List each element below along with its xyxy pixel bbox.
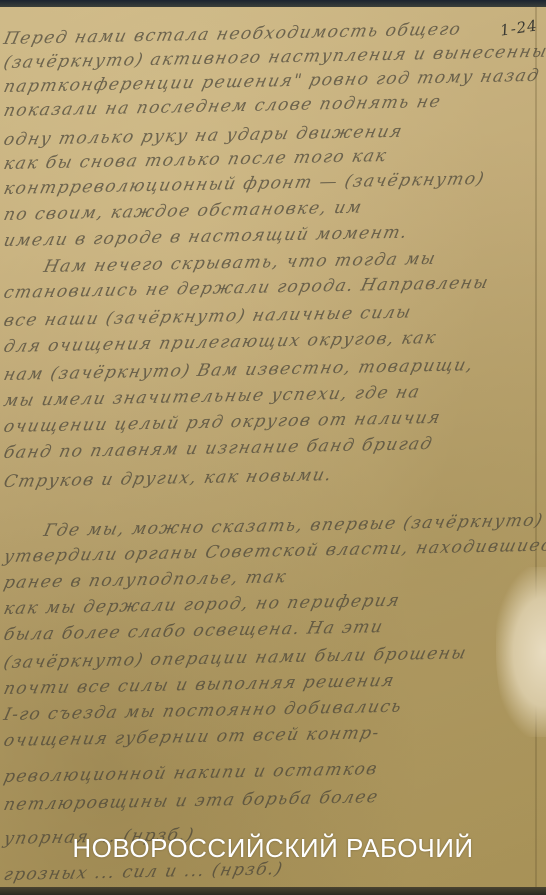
handwritten-line: мы имели значительные успехи, где на — [2, 382, 423, 411]
torn-paper-edge — [496, 567, 546, 737]
watermark-caption: НОВОРОССИЙСКИЙ РАБОЧИЙ — [0, 833, 546, 864]
handwritten-line: почти все силы и выполняя решения — [2, 671, 397, 699]
handwritten-line: очищения губернии от всей контр- — [2, 723, 382, 751]
handwritten-line: ранее в полуподполье, так — [2, 567, 289, 593]
scan-bottom-border — [0, 887, 546, 895]
document-page: 1-24 Перед нами встала необходимость общ… — [0, 7, 546, 887]
handwritten-line: (зачёркнуто) операции нами были брошены — [2, 643, 469, 673]
handwritten-line: нам (зачёркнуто) Вам известно, товарищи, — [2, 355, 476, 385]
handwritten-line: банд по плавням и изгнание банд бригад — [2, 434, 435, 463]
handwritten-line: как бы снова только после того как — [2, 146, 390, 174]
handwritten-line: была более слабо освещена. На эти — [2, 617, 386, 645]
handwritten-line: Струков и других, как новыми. — [2, 465, 335, 492]
handwritten-line: по своим, каждое обстановке, им — [2, 197, 365, 225]
handwritten-line: как мы держали город, но периферия — [2, 591, 403, 619]
handwritten-line: имели в городе в настоящий момент. — [2, 222, 411, 251]
handwritten-line: I-го съезда мы постоянно добивались — [2, 697, 405, 725]
handwritten-line: для очищения прилегающих округов, как — [2, 328, 439, 357]
handwritten-line: революционной накипи и остатков — [2, 759, 380, 787]
paper-fold-line — [535, 7, 537, 887]
handwritten-line: очищении целый ряд округов от наличия — [2, 408, 443, 437]
handwritten-line: показали на последнем слове поднять не — [2, 92, 444, 121]
handwritten-line: контрреволюционный фронт — (зачёркнуто) — [2, 169, 487, 199]
page-number: 1-24 — [499, 16, 539, 39]
handwritten-line: одну только руку на удары движения — [2, 122, 405, 150]
scan-top-border — [0, 0, 546, 7]
handwritten-line: петлюровщины и эта борьба более — [2, 787, 381, 815]
handwritten-line: становились не держали города. Направлен… — [2, 273, 491, 303]
handwritten-line: все наши (зачёркнуто) наличные силы — [2, 302, 414, 331]
handwritten-line: Нам нечего скрывать, что тогда мы — [42, 249, 439, 277]
